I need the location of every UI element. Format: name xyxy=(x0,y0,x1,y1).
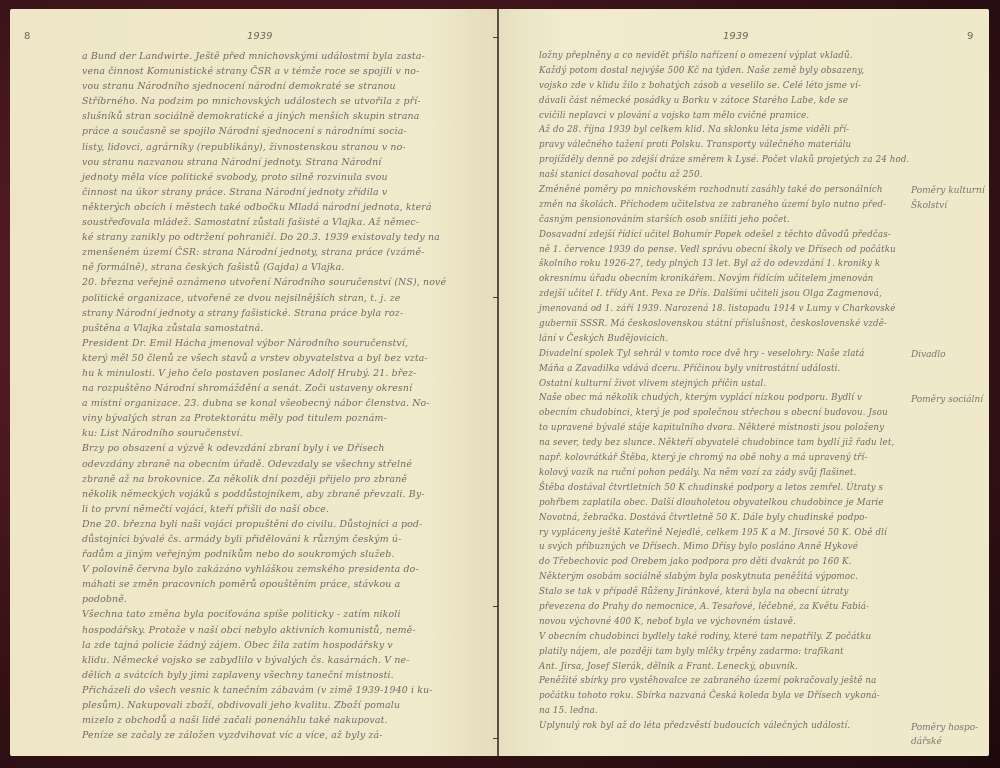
year-header-right: 1939 xyxy=(723,31,748,42)
text-line: ké strany zanikly po odtržení pohraničí.… xyxy=(82,230,446,245)
text-line: Stalo se tak v případě Růženy Jiránkové,… xyxy=(539,585,909,600)
text-line: důstojníci bývalé čs. armády byli přiděl… xyxy=(82,532,446,547)
text-line: počátku tohoto roku. Sbírka nazvaná Česk… xyxy=(539,689,909,704)
text-line: ku: List Národního souručenství. xyxy=(82,426,446,441)
text-line: práce a současně se spojilo Národní sjed… xyxy=(82,124,446,139)
text-line: 20. března veřejně oznámeno utvoření Nár… xyxy=(82,275,446,290)
text-line: klidu. Německé vojsko se zabydlilo v býv… xyxy=(82,653,446,668)
text-line: např. kolovrátkář Štěba, který je chromý… xyxy=(539,451,909,466)
year-header-left: 1939 xyxy=(247,31,272,42)
text-line: dělích a svátcích byly jimi zaplaveny vš… xyxy=(82,668,446,683)
text-line: zmenšeném území ČSR: strana Národní jedn… xyxy=(82,245,446,260)
text-line: hu k minulosti. V jeho čelo postaven pos… xyxy=(82,366,446,381)
text-line: na 15. ledna. xyxy=(539,704,909,719)
text-line: obecním chudobinci, který je pod společn… xyxy=(539,406,909,421)
text-line: zbraně až na brokovnice. Za několik dní … xyxy=(82,472,446,487)
text-line: President Dr. Emil Hácha jmenoval výbor … xyxy=(82,336,446,351)
text-line: kolový vozík na ruční pohon pedály. Na n… xyxy=(539,466,909,481)
text-line: Štěba dostával čtvrtletních 50 K chudins… xyxy=(539,481,909,496)
text-line: jednoty měla více politické svobody, pro… xyxy=(82,170,446,185)
margin-note: Poměry sociální xyxy=(911,394,983,406)
text-line: naší stanicí dosahoval počtu až 250. xyxy=(539,168,909,183)
text-line: Ant. Jirsa, Josef Slerák, dělník a Frant… xyxy=(539,660,909,675)
text-line: pohřbem zaplatila obec. Další dlouholeto… xyxy=(539,496,909,511)
text-line: Dne 20. března byli naši vojáci propuště… xyxy=(82,517,446,532)
text-line: ně 1. července 1939 do pense. Vedl správ… xyxy=(539,243,909,258)
text-line: viny bývalých stran za Protektorátu měly… xyxy=(82,411,446,426)
page-number-right: 9 xyxy=(967,31,973,42)
text-line: vou stranu Národního sjednocení národní … xyxy=(82,79,446,94)
text-line: na sever, tedy bez slunce. Někteří obyva… xyxy=(539,436,909,451)
text-line: u svých příbuzných ve Dřísech. Mimo Dřís… xyxy=(539,540,909,555)
text-line: činnost na úkor strany práce. Strana Nár… xyxy=(82,185,446,200)
text-line: Ostatní kulturní život vlivem stejných p… xyxy=(539,377,909,392)
text-line: Změněné poměry po mnichovském rozhodnutí… xyxy=(539,183,909,198)
text-line: ry vypláceny ještě Kateřině Nejedlé, cel… xyxy=(539,526,909,541)
text-line: vena činnost Komunistické strany ČSR a v… xyxy=(82,64,446,79)
text-line: školního roku 1926-27, tedy plných 13 le… xyxy=(539,257,909,272)
text-line: puštěna a Vlajka zůstala samostatná. xyxy=(82,321,446,336)
text-line: novou výchovné 400 K, neboť byla ve vých… xyxy=(539,615,909,630)
margin-note: Divadlo xyxy=(911,349,946,361)
text-line: který měl 50 členů ze všech stavů a vrst… xyxy=(82,351,446,366)
text-line: Až do 28. října 1939 byl celkem klid. Na… xyxy=(539,123,909,138)
left-page: 8 1939 a Bund der Landwirte. Ještě před … xyxy=(10,9,498,756)
text-line: vou stranu nazvanou strana Národní jedno… xyxy=(82,155,446,170)
text-line: podobně. xyxy=(82,592,446,607)
text-line: Každý potom dostal nejvýše 500 Kč na týd… xyxy=(539,64,909,79)
text-line: gubernii SSSR. Má československou státní… xyxy=(539,317,909,332)
text-line: plesům). Nakupovali zboží, obdivovali je… xyxy=(82,698,446,713)
text-line: soustřeďovala mládež. Samostatní zůstali… xyxy=(82,215,446,230)
left-page-text: a Bund der Landwirte. Ještě před mnichov… xyxy=(82,49,446,743)
text-line: Některým osobám sociálně slabým byla pos… xyxy=(539,570,909,585)
text-line: Uplynulý rok byl až do léta předzvěstí b… xyxy=(539,719,909,734)
text-line: la zde tajná policie žádný zájem. Obec ž… xyxy=(82,638,446,653)
text-line: Máňa a Zavadilka vdává dceru. Příčinou b… xyxy=(539,362,909,377)
text-line: převezena do Prahy do nemocnice, A. Tesa… xyxy=(539,600,909,615)
text-line: Peněžité sbírky pro vystěhovalce ze zabr… xyxy=(539,674,909,689)
text-line: Přicházeli do všech vesnic k tanečním zá… xyxy=(82,683,446,698)
text-line: změn na školách. Příchodem učitelstva ze… xyxy=(539,198,909,213)
text-line: Novotná, žebračka. Dostává čtvrtletně 50… xyxy=(539,511,909,526)
text-line: ně formálně), strana českých fašistů (Ga… xyxy=(82,260,446,275)
text-line: Všechna tato změna byla pociťována spíše… xyxy=(82,607,446,622)
page-number-left: 8 xyxy=(24,31,30,42)
text-line: V polovině června bylo zakázáno vyhláško… xyxy=(82,562,446,577)
text-line: V obecním chudobinci bydlely také rodiny… xyxy=(539,630,909,645)
text-line: a místní organizace. 23. dubna se konal … xyxy=(82,396,446,411)
margin-note: Poměry hospo- xyxy=(911,722,978,734)
text-line: do Třebechovic pod Orebem jako podpora p… xyxy=(539,555,909,570)
text-line: strany Národní jednoty a strany fašistic… xyxy=(82,306,446,321)
text-line: politické organizace, utvořené ze dvou n… xyxy=(82,291,446,306)
margin-note: dářské xyxy=(911,736,942,748)
text-line: lání v Českých Budějovicích. xyxy=(539,332,909,347)
text-line: mizelo z obchodů a naši lidé začali pone… xyxy=(82,713,446,728)
text-line: jmenovaná od 1. září 1939. Narozená 18. … xyxy=(539,302,909,317)
text-line: okresnímu úřadu obecním kronikářem. Nový… xyxy=(539,272,909,287)
text-line: vojsko zde v klidu žilo z bohatých zásob… xyxy=(539,79,909,94)
text-line: cvičili neplavci v plování a vojsko tam … xyxy=(539,109,909,124)
text-line: Naše obec má několik chudých, kterým vyp… xyxy=(539,391,909,406)
margin-note: Poměry kulturní xyxy=(911,185,985,197)
text-line: Brzy po obsazení a výzvě k odevzdání zbr… xyxy=(82,441,446,456)
text-line: Peníze se začaly ze záložen vyzdvihovat … xyxy=(82,728,446,743)
text-line: řadům a jiným veřejným podnikům nebo do … xyxy=(82,547,446,562)
margin-note: Školství xyxy=(911,200,947,212)
text-line: to upravené bývalé stáje kapitulního dvo… xyxy=(539,421,909,436)
text-line: zdejší učitel I. třídy Ant. Pexa ze Dřís… xyxy=(539,287,909,302)
text-line: dávali část německé posádky u Borku v zá… xyxy=(539,94,909,109)
text-line: odevzdány zbraně na obecním úřadě. Odevz… xyxy=(82,457,446,472)
text-line: Stříbrného. Na podzim po mnichovských ud… xyxy=(82,94,446,109)
text-line: máhati se změn pracovních poměrů opouště… xyxy=(82,577,446,592)
text-line: některých obcích i městech také odbočku … xyxy=(82,200,446,215)
right-page-text: ložny přeplněny a co nevidět přišlo naří… xyxy=(539,49,939,734)
text-line: Divadelní spolek Tyl sehrál v tomto roce… xyxy=(539,347,909,362)
text-line: projížděly denně po zdejší dráze směrem … xyxy=(539,153,909,168)
text-line: ložny přeplněny a co nevidět přišlo naří… xyxy=(539,49,909,64)
text-line: listy, lidovci, agrárníky (republikány),… xyxy=(82,140,446,155)
text-line: časným pensionováním starších osob sníži… xyxy=(539,213,909,228)
right-page: 1939 9 ložny přeplněny a co nevidět přiš… xyxy=(499,9,989,756)
text-line: platily nájem, ale později tam byly mlčk… xyxy=(539,645,909,660)
text-line: slušníků stran sociálně demokratické a j… xyxy=(82,109,446,124)
text-line: Dosavadní zdejší řídící učitel Bohumír P… xyxy=(539,228,909,243)
text-line: hospodářsky. Protože v naší obci nebylo … xyxy=(82,623,446,638)
text-line: několik německých vojáků s poddůstojníke… xyxy=(82,487,446,502)
text-line: li to první němečtí vojáci, kteří přišli… xyxy=(82,502,446,517)
text-line: na rozpuštěno Národní shromáždění a sená… xyxy=(82,381,446,396)
text-line: a Bund der Landwirte. Ještě před mnichov… xyxy=(82,49,446,64)
text-line: pravy válečného tažení proti Polsku. Tra… xyxy=(539,138,909,153)
